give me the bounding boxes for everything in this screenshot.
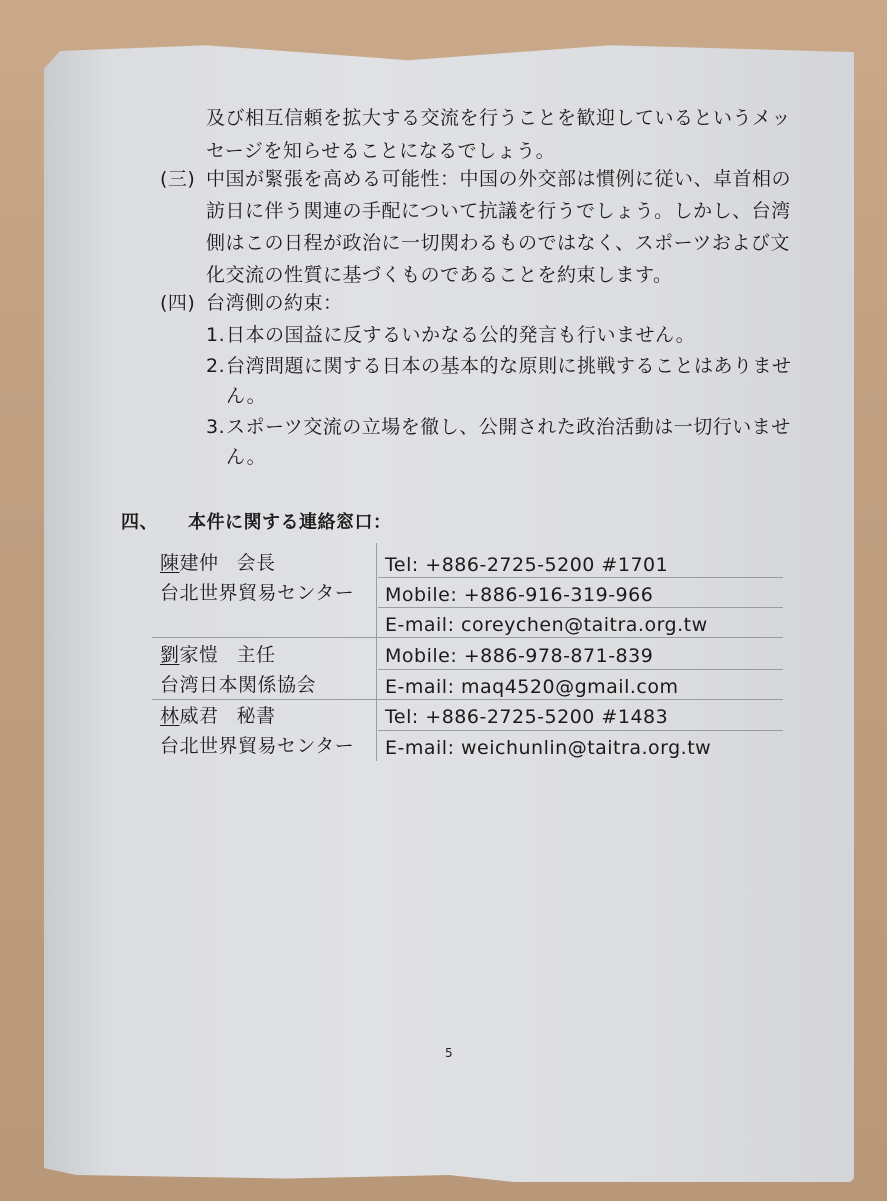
contact-surname: 劉 [160, 644, 180, 666]
contact-role: 会長 [237, 552, 276, 574]
contact-org: 台湾日本関係協会 [160, 670, 316, 700]
contact-given-name: 建仲 [180, 552, 219, 574]
point-number: 2. [206, 351, 225, 381]
contact-email: E-mail: weichunlin@taitra.org.tw [385, 733, 711, 763]
item3-line: 側はこの日程が政治に一切関わるものではなく、スポーツおよび文 [206, 228, 790, 258]
contact-given-name: 家愷 [180, 644, 219, 666]
contact-org: 台北世界貿易センター [160, 731, 354, 761]
section-number: 四、 [121, 508, 158, 538]
table-divider [376, 543, 377, 761]
paragraph-line: 及び相互信頼を拡大する交流を行うことを歓迎しているというメッ [206, 103, 791, 133]
paragraph-line: セージを知らせることになるでしょう。 [206, 136, 555, 166]
item3-line: 化交流の性質に基づくものであることを約束します。 [206, 260, 672, 290]
point-text: 台湾問題に関する日本の基本的な原則に挑戦することはありませ [226, 351, 792, 381]
point-text: ん。 [226, 442, 266, 472]
contact-mobile: Mobile: +886-916-319-966 [385, 580, 653, 610]
contact-name: 陳建仲会長 [160, 548, 276, 578]
point-number: 1. [206, 320, 225, 350]
contact-given-name: 威君 [180, 705, 219, 727]
contact-email: E-mail: coreychen@taitra.org.tw [385, 610, 708, 640]
page-number: 5 [445, 1046, 453, 1060]
item-marker-3: (三) [160, 164, 195, 194]
contact-surname: 陳 [160, 552, 180, 574]
item3-line: 中国が緊張を高める可能性：中国の外交部は慣例に従い、卓首相の [206, 164, 791, 194]
point-number: 3. [206, 412, 225, 442]
contact-role: 主任 [237, 644, 276, 666]
point-text: ん。 [226, 381, 266, 411]
contact-org: 台北世界貿易センター [160, 578, 354, 608]
item4-title: 台湾側の約束： [206, 288, 343, 318]
contact-mobile: Mobile: +886-978-871-839 [385, 641, 653, 671]
contact-role: 秘書 [237, 705, 276, 727]
contact-tel: Tel: +886-2725-5200 #1483 [385, 702, 668, 732]
point-text: 日本の国益に反するいかなる公的発言も行いません。 [226, 320, 695, 350]
contact-surname: 林 [160, 705, 180, 727]
contact-name: 劉家愷主任 [160, 640, 276, 670]
point-text: スポーツ交流の立場を徹し、公開された政治活動は一切行いませ [226, 412, 791, 442]
section-title: 本件に関する連絡窓口： [188, 508, 392, 538]
contact-name: 林威君秘書 [160, 701, 276, 731]
item-marker-4: (四) [160, 288, 195, 318]
contact-tel: Tel: +886-2725-5200 #1701 [385, 550, 668, 580]
contact-email: E-mail: maq4520@gmail.com [385, 672, 678, 702]
item3-line: 訪日に伴う関連の手配について抗議を行うでしょう。しかし、台湾 [206, 196, 791, 226]
